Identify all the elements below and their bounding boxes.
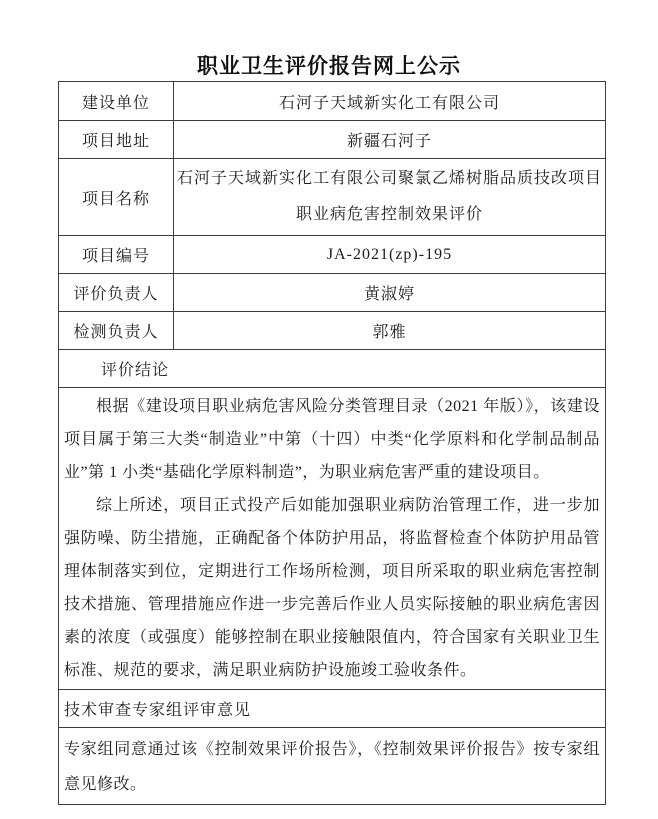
row-value: JA-2021(zp)-195: [174, 236, 606, 274]
row-value: 石河子天域新实化工有限公司: [174, 82, 606, 121]
review-body: 专家组同意通过该《控制效果评价报告》，《控制效果评价报告》按专家组意见修改。: [59, 728, 606, 805]
row-value: 石河子天域新实化工有限公司聚氯乙烯树脂品质技改项目 职业病危害控制效果评价: [174, 159, 606, 236]
table-row-review-header: 技术审查专家组评审意见: [59, 690, 606, 728]
table-row-review-body: 专家组同意通过该《控制效果评价报告》，《控制效果评价报告》按专家组意见修改。: [59, 728, 606, 805]
table-row-project-address: 项目地址 新疆石河子: [59, 121, 606, 159]
conclusion-paragraph-1: 根据《建设项目职业病危害风险分类管理目录（2021 年版）》，该建设项目属于第三…: [64, 390, 600, 489]
row-value: 郭雅: [174, 312, 606, 350]
table-row-testing-leader: 检测负责人 郭雅: [59, 312, 606, 350]
conclusion-paragraph-2: 综上所述，项目正式投产后如能加强职业病防治管理工作，进一步加强防噪、防尘措施，正…: [64, 489, 600, 687]
table-row-conclusion-body: 根据《建设项目职业病危害风险分类管理目录（2021 年版）》，该建设项目属于第三…: [59, 388, 606, 690]
row-value: 新疆石河子: [174, 121, 606, 159]
review-opinion-text: 专家组同意通过该《控制效果评价报告》，《控制效果评价报告》按专家组意见修改。: [64, 732, 600, 802]
project-name-line-1: 石河子天域新实化工有限公司聚氯乙烯树脂品质技改项目: [174, 161, 605, 197]
page-title: 职业卫生评价报告网上公示: [0, 50, 658, 80]
table-row-evaluation-leader: 评价负责人 黄淑婷: [59, 274, 606, 312]
table-row-project-number: 项目编号 JA-2021(zp)-195: [59, 236, 606, 274]
row-label: 评价负责人: [59, 274, 174, 312]
table-row-conclusion-header: 评价结论: [59, 350, 606, 388]
project-name-line-2: 职业病危害控制效果评价: [174, 197, 605, 233]
report-table: 建设单位 石河子天域新实化工有限公司 项目地址 新疆石河子 项目名称 石河子天域…: [58, 81, 606, 805]
row-label: 建设单位: [59, 82, 174, 121]
conclusion-header: 评价结论: [59, 350, 606, 388]
table-row-project-name: 项目名称 石河子天域新实化工有限公司聚氯乙烯树脂品质技改项目 职业病危害控制效果…: [59, 159, 606, 236]
row-label: 检测负责人: [59, 312, 174, 350]
row-value: 黄淑婷: [174, 274, 606, 312]
row-label: 项目编号: [59, 236, 174, 274]
document-page: 职业卫生评价报告网上公示 建设单位 石河子天域新实化工有限公司 项目地址 新疆石…: [0, 0, 658, 819]
conclusion-body: 根据《建设项目职业病危害风险分类管理目录（2021 年版）》，该建设项目属于第三…: [59, 388, 606, 690]
review-header: 技术审查专家组评审意见: [59, 690, 606, 728]
row-label: 项目地址: [59, 121, 174, 159]
row-label: 项目名称: [59, 159, 174, 236]
table-row-construction-unit: 建设单位 石河子天域新实化工有限公司: [59, 82, 606, 121]
